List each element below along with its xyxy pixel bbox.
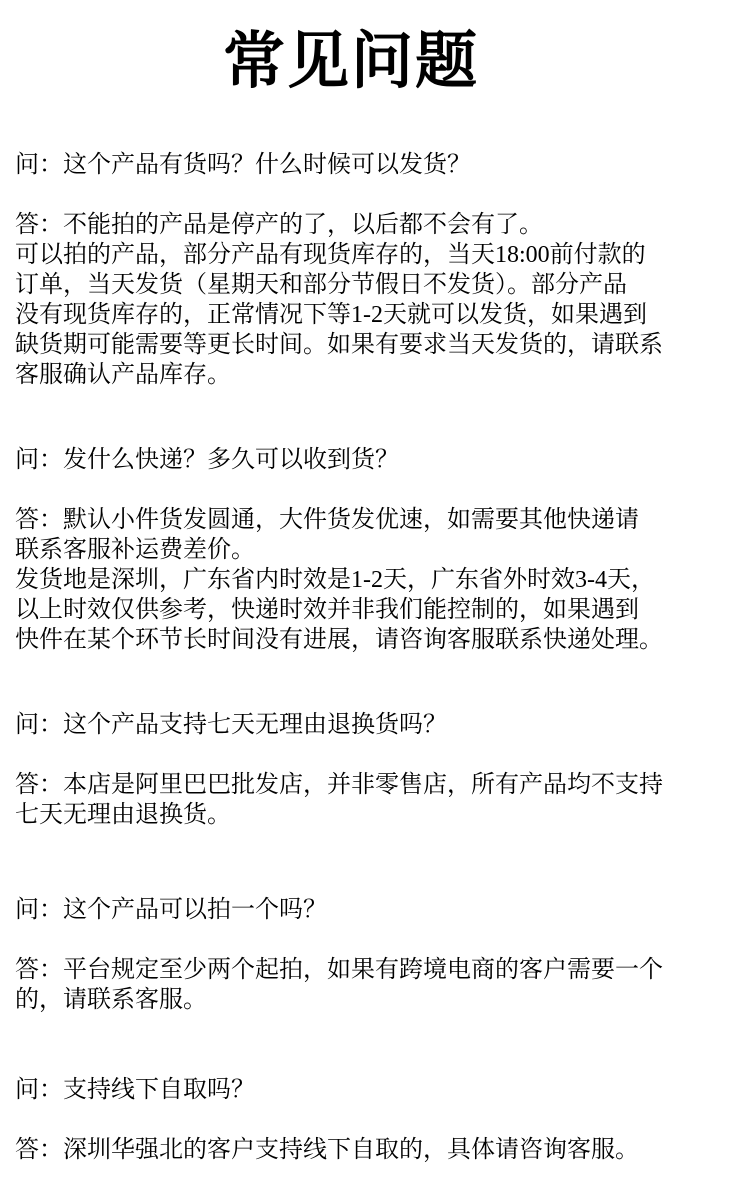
faq-answer: 答：本店是阿里巴巴批发店，并非零售店，所有产品均不支持 七天无理由退换货。 bbox=[15, 770, 735, 830]
faq-question: 问：这个产品支持七天无理由退换货吗？ bbox=[15, 710, 735, 740]
faq-question: 问：支持线下自取吗？ bbox=[15, 1075, 735, 1105]
faq-answer: 答：平台规定至少两个起拍，如果有跨境电商的客户需要一个 的，请联系客服。 bbox=[15, 955, 735, 1015]
faq-item-pickup: 问：支持线下自取吗？ 答：深圳华强北的客户支持线下自取的，具体请咨询客服。 bbox=[15, 1075, 735, 1165]
faq-item-returns: 问：这个产品支持七天无理由退换货吗？ 答：本店是阿里巴巴批发店，并非零售店，所有… bbox=[15, 710, 735, 830]
faq-answer: 答：默认小件货发圆通，大件货发优速，如需要其他快递请 联系客服补运费差价。 发货… bbox=[15, 505, 735, 655]
faq-answer: 答：不能拍的产品是停产的了，以后都不会有了。 可以拍的产品，部分产品有现货库存的… bbox=[15, 210, 735, 390]
faq-question: 问：这个产品有货吗？什么时候可以发货？ bbox=[15, 150, 735, 180]
faq-page: 常见问题 问：这个产品有货吗？什么时候可以发货？ 答：不能拍的产品是停产的了，以… bbox=[0, 0, 750, 1200]
faq-item-availability: 问：这个产品有货吗？什么时候可以发货？ 答：不能拍的产品是停产的了，以后都不会有… bbox=[15, 150, 735, 390]
page-title: 常见问题 bbox=[0, 0, 711, 102]
faq-question: 问：发什么快递？多久可以收到货？ bbox=[15, 445, 735, 475]
faq-question: 问：这个产品可以拍一个吗？ bbox=[15, 895, 735, 925]
faq-answer: 答：深圳华强北的客户支持线下自取的，具体请咨询客服。 bbox=[15, 1135, 735, 1165]
faq-item-shipping: 问：发什么快递？多久可以收到货？ 答：默认小件货发圆通，大件货发优速，如需要其他… bbox=[15, 445, 735, 655]
faq-item-min-order: 问：这个产品可以拍一个吗？ 答：平台规定至少两个起拍，如果有跨境电商的客户需要一… bbox=[15, 895, 735, 1015]
